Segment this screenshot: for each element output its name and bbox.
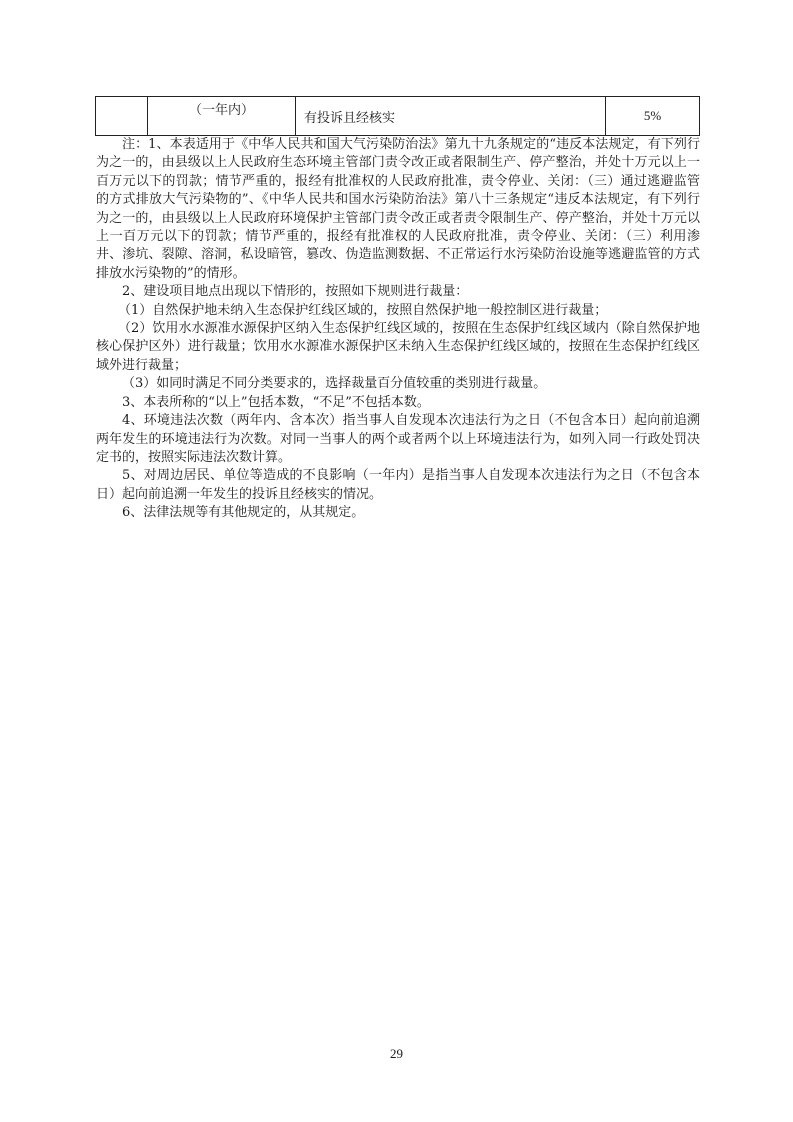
- note-3: 3、本表所称的“以上”包括本数，“不足”不包括本数。: [96, 394, 700, 412]
- note-2-item-1: （1）自然保护地未纳入生态保护红线区域的，按照自然保护地一般控制区进行裁量；: [96, 302, 700, 320]
- discretion-table: （一年内） 有投诉且经核实 5%: [95, 96, 700, 136]
- table-row: （一年内） 有投诉且经核实 5%: [96, 97, 700, 136]
- table-cell-percentage: 5%: [606, 97, 700, 136]
- note-2: 2、建设项目地点出现以下情形的，按照如下规则进行裁量：: [96, 283, 700, 301]
- page-number: 29: [0, 1046, 793, 1062]
- table-cell-description: 有投诉且经核实: [296, 97, 606, 136]
- table-notes: 注：1、本表适用于《中华人民共和国大气污染防治法》第九十九条规定的“违反本法规定…: [96, 136, 700, 523]
- note-5: 5、对周边居民、单位等造成的不良影响（一年内）是指当事人自发现本次违法行为之日（…: [96, 467, 700, 504]
- note-2-item-3: （3）如同时满足不同分类要求的，选择裁量百分值较重的类别进行裁量。: [96, 375, 700, 393]
- note-2-item-2: （2）饮用水水源准水源保护区纳入生态保护红线区域的，按照在生态保护红线区域内（除…: [96, 320, 700, 375]
- note-1: 注：1、本表适用于《中华人民共和国大气污染防治法》第九十九条规定的“违反本法规定…: [96, 136, 700, 283]
- note-4: 4、环境违法次数（两年内、含本次）指当事人自发现本次违法行为之日（不包含本日）起…: [96, 412, 700, 467]
- table-cell-condition: （一年内）: [148, 97, 296, 136]
- note-6: 6、法律法规等有其他规定的，从其规定。: [96, 504, 700, 522]
- table-cell-category: [96, 97, 148, 136]
- document-page: （一年内） 有投诉且经核实 5% 注：1、本表适用于《中华人民共和国大气污染防治…: [0, 0, 793, 1122]
